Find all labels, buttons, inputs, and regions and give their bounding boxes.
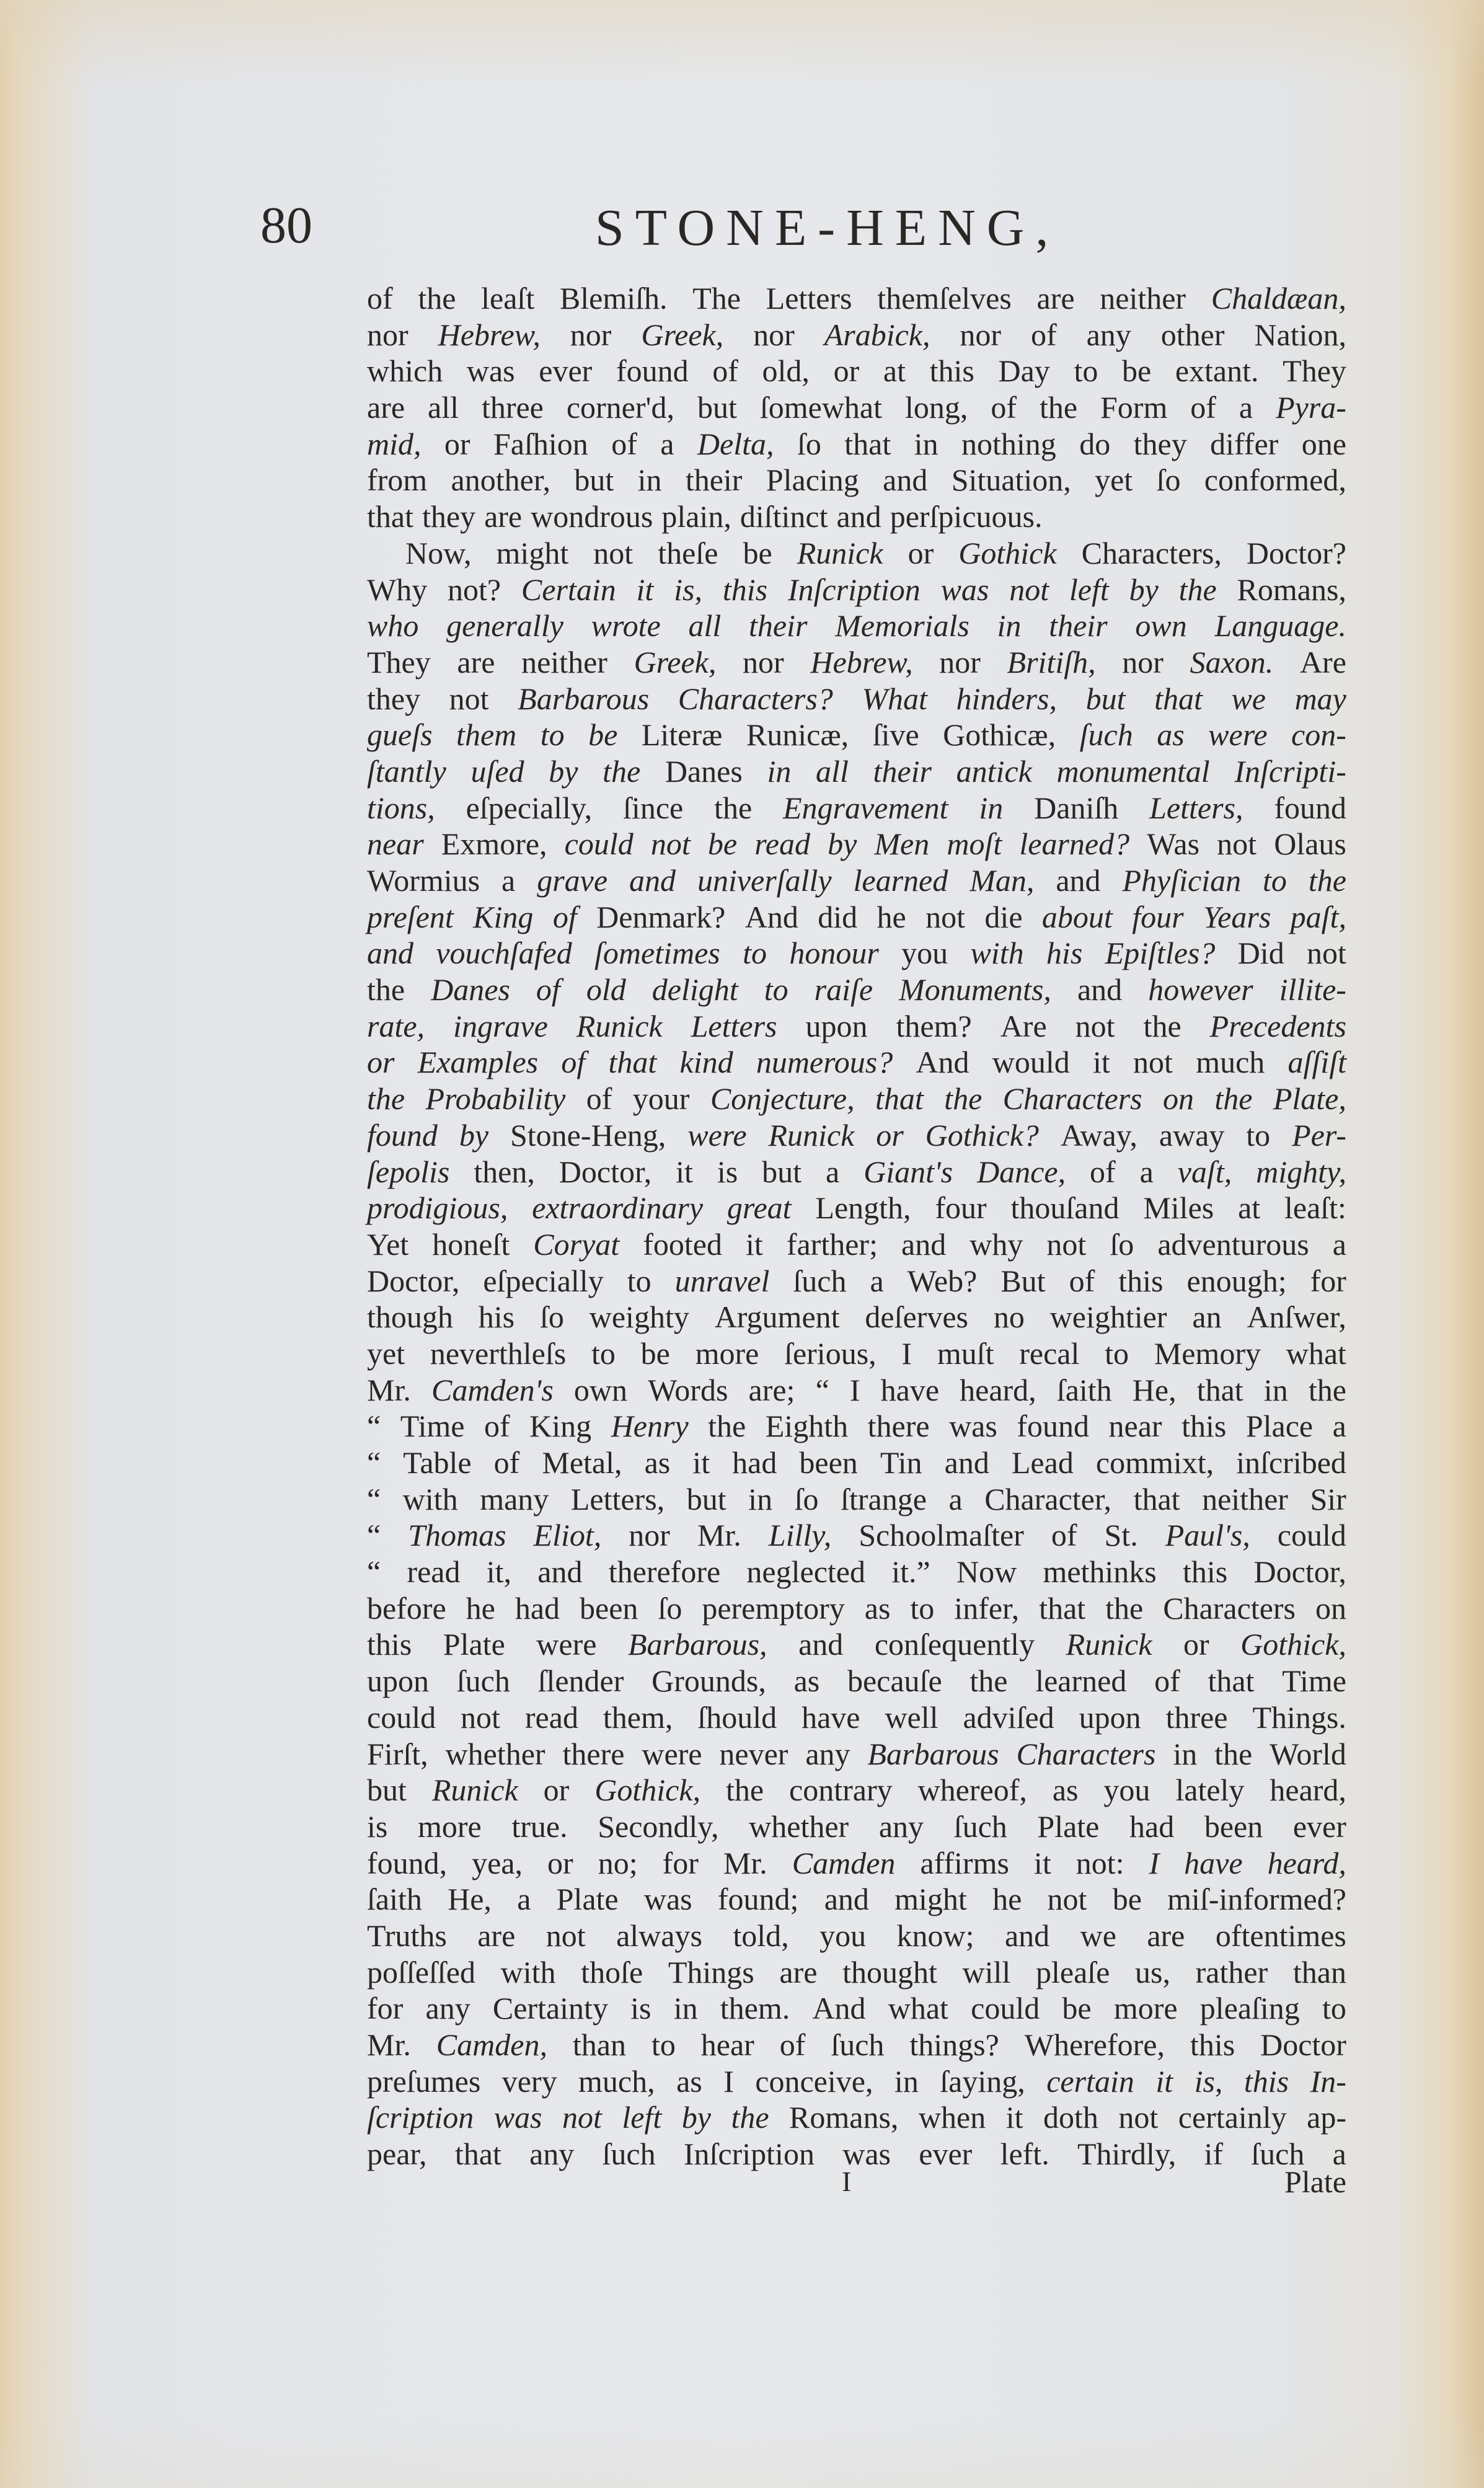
word: than: [1293, 1954, 1346, 1991]
word: not: [925, 899, 965, 936]
word: any: [879, 1808, 924, 1845]
text-line: Doctor,eſpeciallytounravelſuchaWeb?Butof…: [367, 1263, 1346, 1299]
word: he: [877, 899, 906, 936]
word: in: [748, 1481, 772, 1518]
word: at: [883, 353, 906, 389]
word: read: [525, 1699, 578, 1736]
word: pleaſe: [1036, 1954, 1110, 1991]
italic-word: Giant's: [863, 1154, 953, 1190]
text-line: “TimeofKingHenrytheEighththerewasfoundne…: [367, 1408, 1346, 1445]
text-line: oftheleaſtBlemiſh.TheLettersthemſelvesar…: [367, 280, 1346, 317]
italic-word: in: [979, 790, 1003, 826]
word: for: [367, 1990, 403, 2027]
word: neither: [521, 644, 607, 681]
word: not: [1046, 1226, 1086, 1263]
italic-word: Barbarous: [518, 681, 649, 717]
word: that: [1197, 1372, 1243, 1409]
word: Schoolmaſter: [859, 1517, 1024, 1554]
word: though: [367, 1299, 453, 1335]
italic-word: Camden,: [436, 2027, 547, 2063]
italic-word: as: [1157, 717, 1184, 753]
word: die: [984, 899, 1022, 936]
word: his: [479, 1299, 515, 1335]
italic-word: however: [1148, 972, 1253, 1008]
italic-word: Chaldæan,: [1211, 280, 1346, 317]
word: of: [494, 1445, 520, 1481]
word: neither: [1202, 1481, 1288, 1518]
word: or: [908, 535, 934, 572]
italic-word: Henry: [611, 1408, 689, 1445]
italic-word: Conjecture,: [710, 1081, 855, 1117]
italic-word: be: [588, 717, 617, 753]
word: in: [914, 426, 939, 463]
italic-word: four: [1132, 899, 1183, 936]
text-line: WormiusagraveanduniverſallylearnedMan,an…: [367, 862, 1346, 899]
word: Nation,: [1254, 317, 1346, 353]
word: them,: [603, 1699, 673, 1736]
italic-word: preſent: [367, 899, 454, 936]
text-line: thattheyarewondrousplain,diſtinctandperſ…: [367, 498, 1346, 535]
italic-word: Language.: [1214, 608, 1346, 644]
word: and: [1056, 862, 1100, 899]
text-line: butRunickorGothick,thecontrarywhereof,as…: [367, 1772, 1346, 1808]
word: ſaith: [367, 1881, 422, 1918]
word: this: [1181, 1408, 1226, 1445]
italic-word: monumental: [1056, 753, 1209, 790]
word: ſlender: [538, 1663, 624, 1699]
word: Things: [668, 1954, 754, 1991]
word: ever: [1293, 1808, 1346, 1845]
word: Letters,: [571, 1481, 665, 1518]
word: Words: [648, 1372, 728, 1409]
word: “: [367, 1445, 381, 1481]
word: contrary: [789, 1772, 893, 1808]
italic-word: left: [622, 2099, 661, 2136]
word: I: [901, 1335, 912, 1372]
italic-word: kind: [680, 1044, 733, 1081]
word: Argument: [715, 1299, 840, 1335]
text-line: theProbabilityofyourConjecture,thattheCh…: [367, 1081, 1346, 1117]
text-line: foranyCertaintyisinthem.Andwhatcouldbemo…: [367, 1990, 1346, 2027]
word: any: [529, 2136, 574, 2172]
italic-word: Letters,: [1149, 790, 1243, 826]
word: Mr.: [367, 1372, 411, 1409]
word: own: [574, 1372, 627, 1409]
word: what: [888, 1990, 948, 2027]
word: of: [1190, 389, 1216, 426]
word: upon: [1079, 1699, 1141, 1736]
word: Things.: [1252, 1699, 1346, 1736]
word: Memory: [1154, 1335, 1261, 1372]
italic-word: Hebrew,: [810, 644, 912, 681]
word: not: [461, 1699, 500, 1736]
word: be: [641, 1335, 670, 1372]
italic-word: Certain: [521, 572, 616, 608]
italic-word: unravel: [675, 1263, 770, 1299]
text-line: areallthreecorner'd,butſomewhatlong,ofth…: [367, 389, 1346, 426]
word: corner'd,: [567, 389, 674, 426]
word: pleaſing: [1200, 1990, 1300, 2027]
word: heard,: [960, 1372, 1036, 1409]
italic-word: to: [764, 972, 788, 1008]
italic-word: honour: [789, 935, 878, 972]
italic-word: Monuments,: [899, 972, 1051, 1008]
italic-word: Hebrew,: [438, 317, 541, 353]
word: on: [1315, 1590, 1346, 1627]
word: and: [836, 498, 881, 535]
word: did: [818, 899, 857, 936]
italic-word: ſometimes: [594, 935, 720, 972]
word: more: [696, 1335, 759, 1372]
italic-word: Camden's: [431, 1372, 554, 1409]
word: well: [885, 1699, 938, 1736]
italic-word: King: [473, 899, 533, 936]
word: Eighth: [766, 1408, 848, 1445]
word: ſtrange: [841, 1481, 927, 1518]
word: when: [919, 2099, 986, 2136]
italic-word: wrote: [591, 608, 661, 644]
word: to: [1246, 1117, 1270, 1154]
italic-word: of: [561, 1044, 585, 1081]
word: are: [1147, 1918, 1185, 1954]
italic-word: mid,: [367, 426, 422, 463]
word: had: [1129, 1808, 1174, 1845]
text-line: YethoneſtCoryatfooteditfarther;andwhynot…: [367, 1226, 1346, 1263]
word: Letters: [766, 280, 852, 317]
word: not: [593, 535, 633, 572]
word: would: [992, 1044, 1070, 1081]
italic-word: moſt: [947, 826, 1002, 862]
italic-word: the: [603, 753, 640, 790]
word: you: [901, 935, 948, 972]
italic-word: but: [1086, 681, 1126, 717]
word: Place: [1246, 1408, 1313, 1445]
word: recal: [1019, 1335, 1079, 1372]
italic-word: gueſs: [367, 717, 433, 753]
word: are: [367, 389, 405, 426]
word: Wormius: [367, 862, 480, 899]
word: or: [547, 1845, 573, 1882]
italic-word: Coryat: [533, 1226, 619, 1263]
word: it: [1034, 1845, 1051, 1882]
text-line: theDanesofolddelighttoraiſeMonuments,and…: [367, 972, 1346, 1008]
word: a: [1140, 1154, 1154, 1190]
word: any: [1087, 317, 1131, 353]
word: honeſt: [432, 1226, 510, 1263]
italic-word: Years: [1203, 899, 1271, 936]
word: enough;: [1187, 1263, 1287, 1299]
word: whereof,: [918, 1772, 1027, 1808]
italic-word: In-: [1310, 2063, 1346, 2100]
text-line: nearExmore,couldnotbereadbyMenmoſtlearne…: [367, 826, 1346, 862]
word: yet: [367, 1335, 405, 1372]
italic-word: ſepolis: [367, 1154, 449, 1190]
italic-word: not: [1009, 572, 1049, 608]
text-line: tions,eſpecially,ſincetheEngravementinDa…: [367, 790, 1346, 826]
word: for: [1310, 1263, 1346, 1299]
word: extant.: [1175, 353, 1259, 389]
word: of: [1031, 317, 1057, 353]
text-line: found,yea,orno;forMr.Camdenaffirmsitnot:…: [367, 1845, 1346, 1882]
word: that: [455, 2136, 501, 2172]
word: leaſt:: [1284, 1190, 1346, 1226]
word: if: [1204, 2136, 1223, 2172]
text-line: theynotBarbarousCharacters?Whathinders,b…: [367, 681, 1346, 717]
word: eſpecially,: [466, 790, 593, 826]
word: found,: [367, 1845, 447, 1882]
word: a: [517, 1881, 531, 1918]
word: the: [969, 1663, 1007, 1699]
word: to: [1105, 1335, 1129, 1372]
word: leaſt: [481, 280, 534, 317]
word: be: [1122, 353, 1151, 389]
italic-word: Men: [874, 826, 929, 862]
italic-word: by: [682, 2099, 711, 2136]
word: more: [1114, 1990, 1178, 2027]
italic-word: is,: [674, 572, 702, 608]
text-line: “withmanyLetters,butinſoſtrangeaCharacte…: [367, 1481, 1346, 1518]
word: been: [580, 1590, 638, 1627]
word: are: [779, 1954, 817, 1991]
word: ſuch: [603, 2136, 656, 2172]
italic-word: Delta,: [697, 426, 774, 463]
italic-word: the: [1309, 862, 1346, 899]
italic-word: was: [494, 2099, 542, 2136]
word: be: [1062, 1990, 1091, 2027]
italic-word: left: [1069, 572, 1109, 608]
italic-word: have: [1184, 1845, 1242, 1882]
word: ſuch: [793, 1263, 846, 1299]
word: been: [1204, 1808, 1263, 1845]
word: this: [1190, 2027, 1235, 2063]
word: that: [1039, 1590, 1085, 1627]
word: Situation,: [952, 462, 1071, 498]
word: to: [1322, 1990, 1346, 2027]
word: could: [1278, 1517, 1346, 1554]
italic-word: this: [1244, 2063, 1289, 2100]
italic-word: Man,: [969, 862, 1034, 899]
word: your: [633, 1081, 690, 1117]
word: ſuch: [831, 2027, 884, 2063]
word: Miles: [1143, 1190, 1214, 1226]
text-line: norHebrew,norGreek,norArabick,norofanyot…: [367, 317, 1346, 353]
word: he: [992, 1881, 1022, 1918]
text-line: rate,ingraveRunickLettersuponthem?Arenot…: [367, 1008, 1346, 1045]
word: ſo: [540, 1299, 564, 1335]
italic-word: were: [1208, 717, 1267, 753]
word: nor: [570, 317, 612, 353]
word: and: [798, 1626, 843, 1663]
word: of: [1051, 1517, 1077, 1554]
word: diſtinct: [740, 498, 828, 535]
word: had: [732, 1445, 777, 1481]
word: Mr.: [697, 1517, 741, 1554]
signature-mark: I: [842, 2167, 851, 2196]
italic-word: univerſally: [697, 862, 832, 899]
italic-word: found: [367, 1117, 438, 1154]
word: Plate: [443, 1626, 505, 1663]
word: for: [663, 1845, 699, 1882]
word: in: [674, 1990, 698, 2027]
italic-word: their: [873, 753, 932, 790]
word: differ: [1210, 426, 1278, 463]
word: Are: [1000, 1008, 1047, 1045]
word: Plate: [557, 1881, 619, 1918]
word: ſo: [1110, 1226, 1134, 1263]
word: is: [630, 1990, 651, 2027]
italic-word: Britiſh,: [1007, 644, 1096, 681]
word: Time: [1282, 1663, 1346, 1699]
text-line: “TableofMetal,asithadbeenTinandLeadcommi…: [367, 1445, 1346, 1481]
word: Wherefore,: [1025, 2027, 1165, 2063]
word: weightier: [1050, 1299, 1167, 1335]
word: as: [1053, 1772, 1079, 1808]
word: Truths: [367, 1918, 447, 1954]
italic-word: may: [1295, 681, 1346, 717]
italic-word: generally: [446, 608, 563, 644]
word: or: [544, 1772, 570, 1808]
italic-word: and: [367, 935, 413, 972]
word: could: [367, 1699, 436, 1736]
word: Inſcription: [684, 2136, 815, 2172]
word: the: [714, 790, 752, 826]
italic-word: to: [743, 935, 767, 972]
word: a: [1333, 1226, 1346, 1263]
word: been: [799, 1445, 857, 1481]
italic-word: great: [727, 1190, 792, 1226]
word: whether: [446, 1736, 545, 1773]
word: and: [824, 1881, 869, 1918]
word: found: [1274, 790, 1346, 826]
italic-word: certain: [1046, 2063, 1134, 2100]
italic-word: What: [862, 681, 927, 717]
word: we: [1080, 1918, 1116, 1954]
word: thought: [842, 1954, 937, 1991]
italic-word: not: [562, 2099, 602, 2136]
word: of: [780, 2027, 806, 2063]
italic-word: hinders,: [956, 681, 1058, 717]
word: not: [1048, 1881, 1087, 1918]
word: nor: [743, 644, 784, 681]
word: yet: [1095, 462, 1133, 498]
word: nothing: [961, 426, 1056, 463]
italic-word: that: [1154, 681, 1203, 717]
word: ſaith: [1057, 1372, 1112, 1409]
word: He,: [448, 1881, 492, 1918]
word: had: [515, 1590, 560, 1627]
word: Web?: [908, 1263, 978, 1299]
word: ſince: [623, 790, 683, 826]
word: a: [501, 862, 515, 899]
word: near: [1109, 1408, 1162, 1445]
word: becauſe: [847, 1663, 942, 1699]
italic-word: Characters: [1003, 1081, 1142, 1117]
word: and: [537, 1554, 582, 1590]
italic-word: it: [637, 572, 654, 608]
italic-word: near: [367, 826, 424, 862]
word: Daniſh: [1034, 790, 1118, 826]
word: Lead: [1012, 1445, 1074, 1481]
italic-word: their: [749, 608, 807, 644]
italic-word: Epiſtles?: [1105, 935, 1216, 972]
word: are: [484, 498, 522, 535]
word: be: [743, 535, 772, 572]
word: nor: [1122, 644, 1164, 681]
italic-word: Runick: [797, 535, 883, 572]
word: Metal,: [542, 1445, 622, 1481]
text-line: Mr.Camden,thantohearofſuchthings?Wherefo…: [367, 2027, 1346, 2063]
word: are: [477, 1918, 515, 1954]
word: what: [1286, 1335, 1346, 1372]
word: than: [573, 2027, 626, 2063]
word: a: [870, 1263, 884, 1299]
italic-word: Greek,: [634, 644, 717, 681]
word: They: [1283, 353, 1346, 389]
word: Doctor,: [559, 1154, 651, 1190]
word: Plate: [1037, 1808, 1099, 1845]
italic-word: we: [1231, 681, 1266, 717]
word: was: [467, 353, 515, 389]
italic-word: Letters: [691, 1008, 777, 1045]
word: left.: [1000, 2136, 1049, 2172]
text-line: couldnotreadthem,ſhouldhavewelladviſedup…: [367, 1699, 1346, 1736]
word: with: [501, 1954, 556, 1991]
italic-word: by: [549, 753, 578, 790]
word: oftentimes: [1216, 1918, 1346, 1954]
italic-word: of: [553, 899, 577, 936]
word: doth: [1043, 2099, 1098, 2136]
text-line: ismoretrue.Secondly,whetheranyſuchPlateh…: [367, 1808, 1346, 1845]
word: I: [850, 1372, 860, 1409]
word: “: [816, 1372, 829, 1409]
word: three: [1166, 1699, 1228, 1736]
italic-word: ſuch: [1080, 717, 1133, 753]
word: of: [712, 353, 738, 389]
word: ſive: [873, 717, 919, 753]
text-line: ſtantlyuſedbytheDanesinalltheirantickmon…: [367, 753, 1346, 790]
word: but: [687, 1481, 727, 1518]
word: The: [692, 280, 741, 317]
italic-word: rate,: [367, 1008, 425, 1045]
word: ſo: [658, 1590, 682, 1627]
word: not: [449, 681, 489, 717]
word: ſuch: [457, 1663, 510, 1699]
word: nor: [367, 317, 409, 353]
word: three: [482, 389, 544, 426]
italic-word: with: [970, 935, 1023, 972]
word: but: [574, 462, 614, 498]
word: ſo: [1157, 462, 1181, 498]
italic-word: Characters?: [678, 681, 833, 717]
italic-word: tions,: [367, 790, 435, 826]
text-line: preſumesverymuch,asIconceive,inſaying,ce…: [367, 2063, 1346, 2100]
word: of: [367, 280, 393, 317]
word: are: [1037, 280, 1075, 317]
word: upon: [367, 1663, 429, 1699]
word: ever: [919, 2136, 972, 2172]
word: know;: [897, 1918, 974, 1954]
word: to: [651, 2027, 676, 2063]
word: ſomewhat: [760, 389, 882, 426]
word: that: [844, 426, 891, 463]
italic-word: Arabick,: [824, 317, 930, 353]
word: adviſed: [963, 1699, 1054, 1736]
word: Olaus: [1274, 826, 1346, 862]
text-line: pear,thatanyſuchInſcriptionwaseverleft.T…: [367, 2136, 1346, 2172]
word: from: [367, 462, 427, 498]
word: as: [865, 1590, 891, 1627]
italic-word: Precedents: [1210, 1008, 1346, 1045]
